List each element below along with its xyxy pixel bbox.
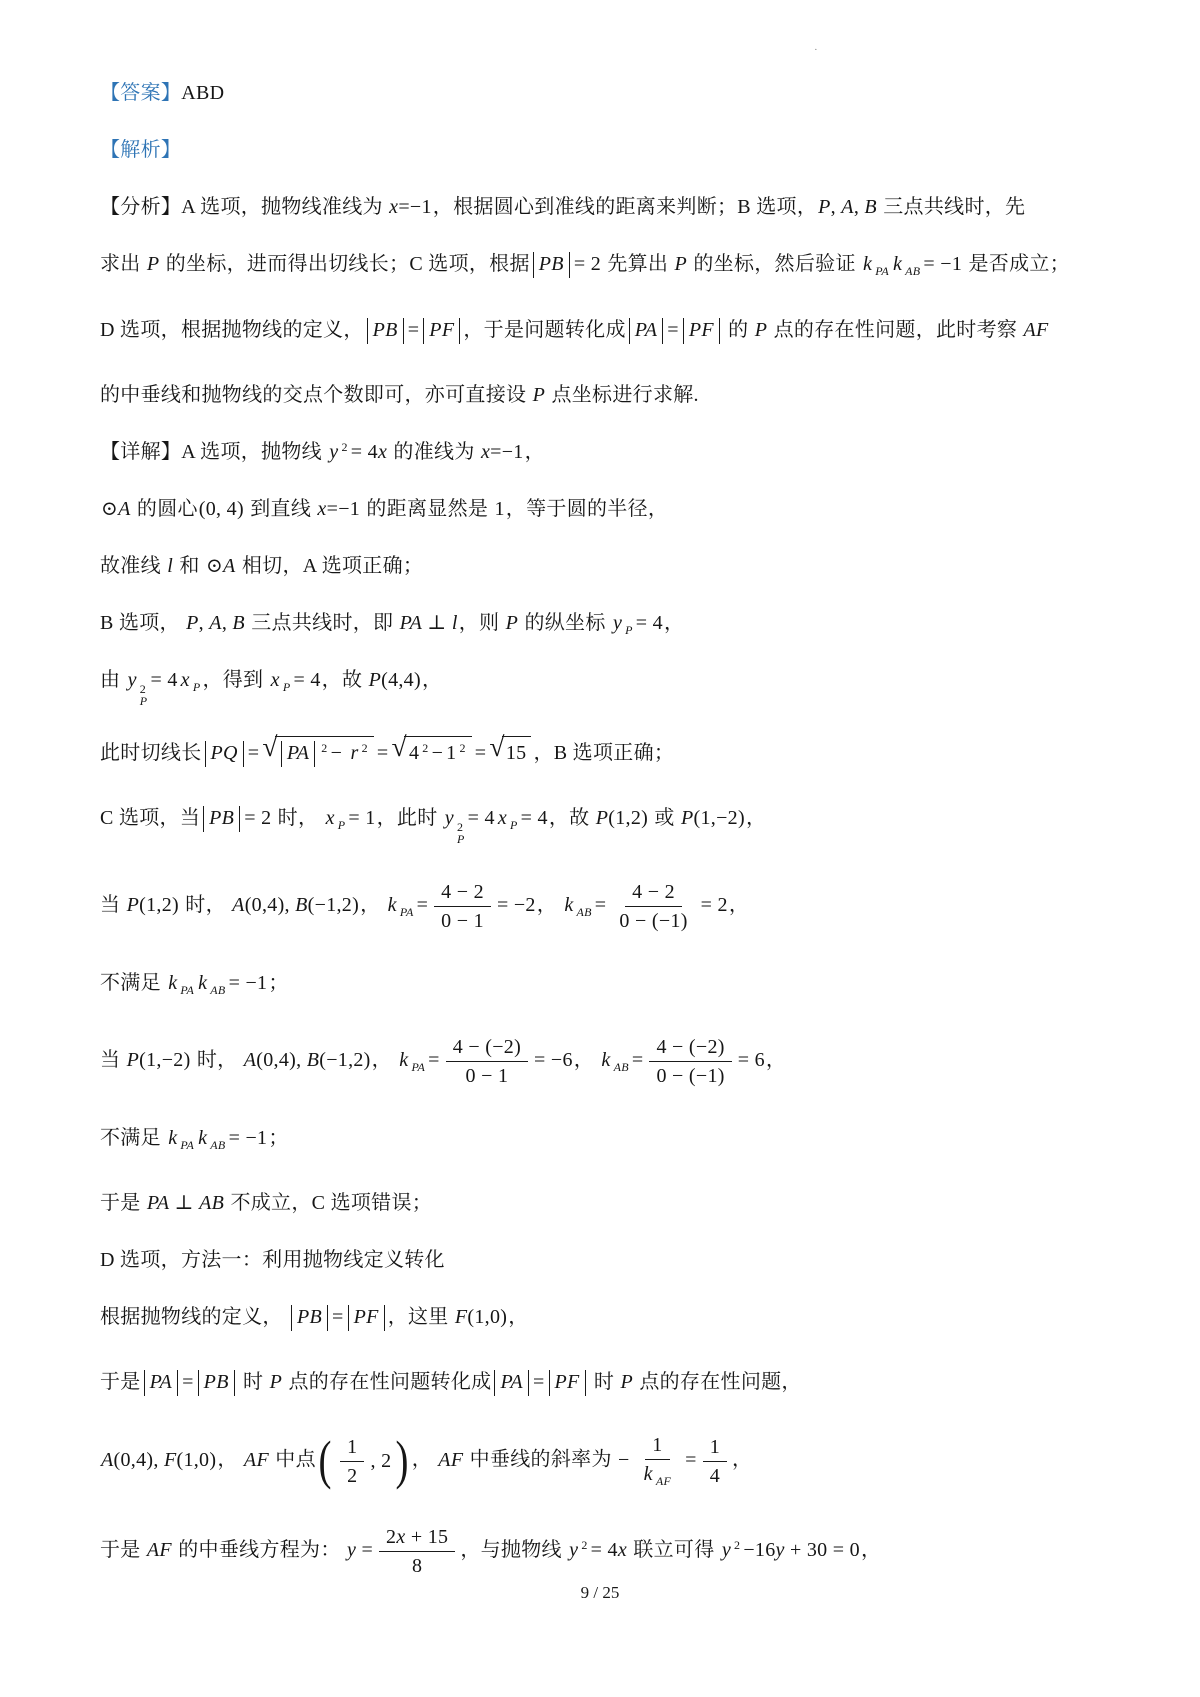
text-run: ，等于圆的半径， xyxy=(506,498,668,520)
math-text: = 4x xyxy=(351,441,387,463)
math-run: x xyxy=(396,1526,405,1548)
text-run: 不成立，C 选项错误； xyxy=(225,1192,432,1214)
absolute-value: PF xyxy=(348,1305,385,1331)
math-text: x=−1 xyxy=(317,498,360,520)
math-text: P xyxy=(283,680,291,694)
math-run: P xyxy=(675,253,688,275)
math-run: 4 − 2 xyxy=(441,881,484,903)
absolute-value: PF xyxy=(549,1370,586,1396)
math-text: PF xyxy=(429,319,454,341)
scripted-term: kPA xyxy=(398,1049,426,1071)
math-run: l xyxy=(167,555,173,577)
math-run: PF xyxy=(429,319,454,341)
math-run: PA xyxy=(147,1192,169,1214)
fraction: 1kAF xyxy=(636,1432,679,1490)
math-run: 0 − (−1) xyxy=(656,1065,724,1087)
scripted-term: y2 xyxy=(721,1539,742,1561)
math-run: y xyxy=(329,441,338,463)
scripted-term: kAB xyxy=(892,253,921,275)
math-text: PA xyxy=(875,264,889,278)
text-run: 是否成立； xyxy=(963,253,1070,275)
math-run: AB xyxy=(905,264,920,278)
math-text: 0 − (−1) xyxy=(656,1065,724,1087)
scripted-term: r2 xyxy=(349,742,368,764)
math-text: AB xyxy=(577,905,592,919)
text-run: D 选项，方法一：利用抛物线定义转化 xyxy=(100,1249,445,1271)
math-run: k xyxy=(168,1127,177,1149)
math-run: (1,0) xyxy=(467,1306,507,1328)
document-body: 【答案】ABD【解析】【分析】A 选项，抛物线准线为 x=−1，根据圆心到准线的… xyxy=(0,0,1200,1613)
math-run: 0 − 1 xyxy=(441,910,484,932)
math-run: k xyxy=(863,253,872,275)
absolute-value: PB xyxy=(203,806,240,832)
text-run: ，与抛物线 xyxy=(460,1539,567,1561)
math-run: −16 xyxy=(743,1539,775,1561)
math-text: l xyxy=(167,555,173,577)
text-run: 的坐标，然后验证 xyxy=(688,253,861,275)
math-run: AF xyxy=(244,1449,269,1471)
math-run: = 4 xyxy=(521,807,548,829)
text-run: 中点 xyxy=(270,1449,316,1471)
math-run: x xyxy=(389,196,398,218)
math-run: x xyxy=(498,807,507,829)
subscript: AB xyxy=(904,264,921,278)
math-run: , xyxy=(831,196,842,218)
math-text: P xyxy=(675,253,688,275)
text-run: ， xyxy=(412,1449,438,1471)
text-run: ， xyxy=(574,1049,600,1071)
math-run: P xyxy=(620,1371,633,1393)
math-run: k xyxy=(399,1049,408,1071)
absolute-value: PB xyxy=(291,1305,328,1331)
math-text: 1 xyxy=(710,1436,720,1458)
math-text: y xyxy=(128,669,137,691)
text-run: 时， xyxy=(180,894,231,916)
math-text: P(1,2) xyxy=(127,894,179,916)
math-text: −16y + 30 = 0 xyxy=(743,1539,860,1561)
math-run: P xyxy=(186,612,199,634)
math-run: 2 xyxy=(734,1538,740,1552)
math-run: PB xyxy=(209,807,234,829)
math-text: − xyxy=(432,742,444,764)
math-text: PF xyxy=(555,1371,580,1393)
math-run: P xyxy=(140,694,148,708)
math-run: (0,4), xyxy=(256,1049,306,1071)
text-run: 和 xyxy=(174,555,205,577)
math-text: = xyxy=(475,742,487,764)
math-text: 4 − 2 xyxy=(441,881,484,903)
math-text: = xyxy=(667,319,679,341)
math-text: 8 xyxy=(412,1555,422,1577)
math-text: (0, 4) xyxy=(199,498,244,520)
text-run: ，B 选项正确； xyxy=(533,742,674,764)
math-run: 1 xyxy=(446,742,456,764)
text-run: 故准线 xyxy=(100,555,166,577)
math-run: A xyxy=(232,894,245,916)
fraction-denominator: 0 − (−1) xyxy=(612,907,694,934)
math-run: k xyxy=(564,894,573,916)
math-run: k xyxy=(198,972,207,994)
math-run: 0 − 1 xyxy=(466,1065,509,1087)
math-text: P(1,−2) xyxy=(127,1049,191,1071)
math-text: = xyxy=(248,742,260,764)
math-text: 4 − (−2) xyxy=(656,1036,724,1058)
math-text: P xyxy=(457,832,465,846)
math-text: 2 xyxy=(347,1465,357,1487)
math-run: = −1 xyxy=(229,1127,268,1149)
math-run: PB xyxy=(204,1371,229,1393)
math-run: PA xyxy=(411,1060,425,1074)
math-run: AB xyxy=(199,1192,224,1214)
math-run: (−1,2) xyxy=(319,1049,370,1071)
paragraph-line: B 选项， P, A, B 三点共线时，即 PA ⊥ l，则 P 的纵坐标 yP… xyxy=(100,608,1104,640)
fraction-numerator: 1 xyxy=(703,1434,727,1462)
math-text: = −1 xyxy=(229,1127,268,1149)
paragraph-line: 【详解】A 选项，抛物线 y2= 4x 的准线为 x=−1， xyxy=(100,437,1104,468)
subscript: P xyxy=(509,818,519,832)
math-text: y xyxy=(613,612,622,634)
math-run: F xyxy=(164,1449,177,1471)
math-text: PF xyxy=(689,319,714,341)
text-run: 此时切线长 xyxy=(100,742,202,764)
math-run: (4,4) xyxy=(381,669,421,691)
math-run: 2 xyxy=(321,741,327,755)
paragraph-line: 根据抛物线的定义， PB=PF，这里 F(1,0)， xyxy=(100,1302,1104,1333)
math-text: = 4 xyxy=(468,807,495,829)
math-run: , xyxy=(199,612,210,634)
math-text: x=−1 xyxy=(481,441,524,463)
math-run: P xyxy=(533,384,546,406)
math-run: y xyxy=(128,669,137,691)
text-run: 三点共线时，即 xyxy=(246,612,399,634)
math-text: = 4 xyxy=(293,669,320,691)
math-text: F(1,0) xyxy=(455,1306,507,1328)
text-run: 不满足 xyxy=(100,972,166,994)
text-run: 点的存在性问题， xyxy=(634,1371,802,1393)
math-text: , 2 xyxy=(370,1446,391,1477)
math-run: = 4 xyxy=(150,669,177,691)
fraction: 14 xyxy=(703,1434,727,1489)
math-text: r xyxy=(350,742,358,764)
page: { "page": { "footer": "9 / 25", "accent_… xyxy=(0,0,1200,1697)
text-run: ，则 xyxy=(459,612,505,634)
absolute-value: PF xyxy=(423,318,460,344)
math-run: − xyxy=(331,742,348,764)
math-run: PA xyxy=(287,742,309,764)
math-text: P xyxy=(338,818,346,832)
paragraph-line: 当 P(1,−2) 时， A(0,4), B(−1,2)， kPA=4 − (−… xyxy=(100,1034,1104,1089)
math-run: P xyxy=(506,612,519,634)
math-run: 1 xyxy=(710,1436,720,1458)
text-run: 根据抛物线的定义， xyxy=(100,1306,288,1328)
math-run: PA xyxy=(875,264,889,278)
math-run: = xyxy=(408,319,420,341)
math-run: (1,−2) xyxy=(694,807,745,829)
paragraph-line: C 选项，当PB= 2 时， xP= 1，此时 y2P= 4xP= 4，故 P(… xyxy=(100,803,1104,845)
math-run: (−1,2) xyxy=(308,894,359,916)
superscript: 2 xyxy=(361,741,369,755)
math-run: k xyxy=(388,894,397,916)
math-text: AF xyxy=(1024,319,1049,341)
math-run: P xyxy=(596,807,609,829)
math-run: = xyxy=(248,742,260,764)
text-run: D 选项，根据抛物线的定义， xyxy=(100,319,364,341)
math-text: k xyxy=(601,1049,610,1071)
text-run: ，这里 xyxy=(388,1306,454,1328)
math-run: = 4 xyxy=(636,612,663,634)
math-text: PA ⊥ AB xyxy=(147,1192,224,1214)
scripted-term: kPA xyxy=(167,1127,195,1149)
math-run: PA xyxy=(150,1371,172,1393)
math-run: AF xyxy=(656,1474,671,1488)
math-text: = −6 xyxy=(534,1049,573,1071)
subscript: PA xyxy=(179,983,195,997)
math-text: P xyxy=(506,612,519,634)
text-run: ， xyxy=(422,669,442,691)
math-run: y xyxy=(347,1539,356,1561)
math-run: 2 xyxy=(347,1465,357,1487)
math-run: A xyxy=(118,498,131,520)
fraction: 4 − 20 − (−1) xyxy=(612,879,694,934)
math-text: 15 xyxy=(506,742,527,764)
math-text: x xyxy=(498,807,507,829)
math-text: = xyxy=(332,1306,344,1328)
math-run: 2 xyxy=(422,741,428,755)
text-run: ， xyxy=(508,1306,528,1328)
text-run: 时 xyxy=(589,1371,620,1393)
close-paren: ) xyxy=(396,1438,409,1484)
math-text: P xyxy=(270,1371,283,1393)
scripted-term: yP xyxy=(612,612,634,634)
absolute-value: PB xyxy=(533,252,570,278)
math-run: 4 − (−2) xyxy=(656,1036,724,1058)
fraction: 2x + 158 xyxy=(379,1524,455,1579)
math-text: = xyxy=(632,1049,644,1071)
math-text: PB xyxy=(539,253,564,275)
math-text: = xyxy=(533,1371,545,1393)
math-text: PF xyxy=(354,1306,379,1328)
fraction: 4 − (−2)0 − (−1) xyxy=(649,1034,731,1089)
math-text: A(0,4), B(−1,2) xyxy=(244,1049,371,1071)
math-text: 1 xyxy=(446,742,456,764)
math-text: k xyxy=(564,894,573,916)
math-text: ⊙A xyxy=(206,555,236,577)
math-text: AF xyxy=(656,1474,671,1488)
text-run: ，于是问题转化成 xyxy=(463,319,625,341)
math-run: 4 xyxy=(710,1465,720,1487)
fraction-numerator: 2x + 15 xyxy=(379,1524,455,1552)
math-run: , xyxy=(222,612,233,634)
math-run: B xyxy=(232,612,245,634)
math-run: k xyxy=(198,1127,207,1149)
math-run: P xyxy=(147,253,160,275)
text-run: ； xyxy=(268,1127,288,1149)
math-run: B xyxy=(864,196,877,218)
math-run: B xyxy=(295,894,308,916)
math-run: PA xyxy=(400,905,414,919)
sup-sub-stack: 2P xyxy=(456,821,466,845)
text-run: ， xyxy=(525,441,545,463)
scripted-term: xP xyxy=(180,669,202,691)
math-text: P xyxy=(755,319,768,341)
absolute-value: PF xyxy=(683,318,720,344)
text-run: 于是 xyxy=(100,1192,146,1214)
math-text: = xyxy=(182,1371,194,1393)
subscript: AB xyxy=(613,1060,630,1074)
text-run: 时 xyxy=(238,1371,269,1393)
math-text: P, A, B xyxy=(818,196,877,218)
math-text: = 6 xyxy=(738,1049,765,1071)
paragraph-line: 不满足 kPAkAB= −1； xyxy=(100,968,1104,1000)
math-text: = 4x xyxy=(591,1539,627,1561)
math-text: k xyxy=(168,1127,177,1149)
math-run: (1,2) xyxy=(139,894,179,916)
math-run: P xyxy=(755,319,768,341)
math-run: =−1 xyxy=(490,441,523,463)
text-run: 的纵坐标 xyxy=(519,612,611,634)
text-run: 【详解】A 选项，抛物线 xyxy=(100,441,327,463)
text-run: 中垂线的斜率为 xyxy=(464,1449,617,1471)
subscript: P xyxy=(282,680,292,694)
math-run: 1 xyxy=(652,1434,662,1456)
math-run: P xyxy=(510,818,518,832)
math-run: PF xyxy=(555,1371,580,1393)
math-text: P(1,2) xyxy=(596,807,648,829)
math-text: PA ⊥ l xyxy=(400,612,458,634)
superscript: 2 xyxy=(320,741,328,755)
math-run: P xyxy=(818,196,831,218)
math-run: AF xyxy=(1024,319,1049,341)
math-text: y xyxy=(329,441,338,463)
scripted-term: kPA xyxy=(862,253,890,275)
math-run: PA xyxy=(400,612,422,634)
math-run: x xyxy=(317,498,326,520)
subscript: P xyxy=(337,818,347,832)
absolute-value: PA xyxy=(494,1370,528,1396)
math-run: A xyxy=(101,1449,114,1471)
math-run: r xyxy=(350,742,358,764)
paragraph-line: 【分析】A 选项，抛物线准线为 x=−1，根据圆心到准线的距离来判断；B 选项，… xyxy=(100,192,1104,223)
text-run: 的坐标，进而得出切线长；C 选项，根据 xyxy=(160,253,529,275)
math-text: 4 xyxy=(409,742,419,764)
math-text: AF xyxy=(438,1449,463,1471)
superscript: 2 xyxy=(421,741,429,755)
math-run: P xyxy=(283,680,291,694)
math-run: = 2 xyxy=(701,894,728,916)
math-text: A(0,4), F(1,0) xyxy=(101,1449,216,1471)
math-text: = −1 xyxy=(229,972,268,994)
math-text: 4 − (−2) xyxy=(453,1036,521,1058)
subscript: P xyxy=(456,833,466,845)
scripted-term: kAB xyxy=(563,894,592,916)
math-run: x xyxy=(378,441,387,463)
math-text: − xyxy=(618,1449,630,1471)
text-run: ， xyxy=(861,1539,881,1561)
math-text: = 2 xyxy=(574,253,601,275)
math-text: = xyxy=(428,1049,440,1071)
text-run: ，故 xyxy=(322,669,368,691)
math-run: = 2 xyxy=(244,807,271,829)
math-run: k xyxy=(168,972,177,994)
math-run: 2 xyxy=(459,741,465,755)
subscript: AB xyxy=(209,1138,226,1152)
math-run: = xyxy=(417,894,429,916)
text-run: B 选项， xyxy=(100,612,185,634)
math-run: (1,0) xyxy=(176,1449,216,1471)
math-text: PA xyxy=(180,983,194,997)
superscript: 2 xyxy=(733,1538,741,1552)
math-text: 2 xyxy=(362,741,368,755)
math-text: k xyxy=(863,253,872,275)
text-run: 到直线 xyxy=(245,498,317,520)
math-run: = xyxy=(332,1306,344,1328)
math-text: k xyxy=(644,1463,653,1485)
math-run: = xyxy=(667,319,679,341)
math-run: PF xyxy=(689,319,714,341)
math-run: , 2 xyxy=(370,1450,391,1472)
absolute-value: PB xyxy=(198,1370,235,1396)
math-run: k xyxy=(893,253,902,275)
radicand: 15 xyxy=(502,736,532,769)
paragraph-line: 由 y2P= 4xP，得到 xP= 4，故 P(4,4)， xyxy=(100,665,1104,707)
math-text: PA xyxy=(287,742,309,764)
math-run: = −1 xyxy=(229,972,268,994)
math-run: = 2 xyxy=(574,253,601,275)
text-run: 的距离显然是 xyxy=(361,498,493,520)
radicand: PA2− r2 xyxy=(275,736,374,769)
subscript: AB xyxy=(209,983,226,997)
math-run: PF xyxy=(354,1306,379,1328)
math-text: AB xyxy=(614,1060,629,1074)
math-run: x xyxy=(326,807,335,829)
text-run: 点的存在性问题，此时考察 xyxy=(768,319,1022,341)
paragraph-line: ⊙A 的圆心(0, 4) 到直线 x=−1 的距离显然是 1，等于圆的半径， xyxy=(100,494,1104,525)
math-text: k xyxy=(168,972,177,994)
absolute-value: PA xyxy=(629,318,663,344)
math-text: 2 xyxy=(422,741,428,755)
paragraph-line: 不满足 kPAkAB= −1； xyxy=(100,1123,1104,1155)
text-run: ，根据圆心到准线的距离来判断；B 选项， xyxy=(433,196,817,218)
math-text: P, A, B xyxy=(186,612,245,634)
paragraph-line: 求出 P 的坐标，进而得出切线长；C 选项，根据PB= 2 先算出 P 的坐标，… xyxy=(100,249,1104,281)
math-text: x xyxy=(326,807,335,829)
text-run: 先算出 xyxy=(602,253,674,275)
math-run: + 30 = 0 xyxy=(785,1539,860,1561)
math-run: B xyxy=(307,1049,320,1071)
absolute-value: PA xyxy=(144,1370,178,1396)
math-text: P(4,4) xyxy=(369,669,421,691)
math-text: = xyxy=(417,894,429,916)
fraction-denominator: 4 xyxy=(703,1462,727,1489)
scripted-term: kAB xyxy=(197,1127,226,1149)
math-run: = −2 xyxy=(497,894,536,916)
math-run: AB xyxy=(210,1138,225,1152)
math-text: P xyxy=(620,1371,633,1393)
text-run: 点坐标进行求解. xyxy=(546,384,699,406)
math-text: P xyxy=(140,694,148,708)
math-run: PB xyxy=(373,319,398,341)
math-text: k xyxy=(399,1049,408,1071)
text-run: ， xyxy=(729,894,749,916)
math-text: = 2 xyxy=(701,894,728,916)
scripted-term: y2P xyxy=(444,807,466,829)
math-run: P xyxy=(369,669,382,691)
math-text: PB xyxy=(209,807,234,829)
text-run: 的准线为 xyxy=(388,441,480,463)
math-text: 2 xyxy=(459,741,465,755)
text-run: 相切，A 选项正确； xyxy=(237,555,424,577)
math-run: x xyxy=(618,1539,627,1561)
